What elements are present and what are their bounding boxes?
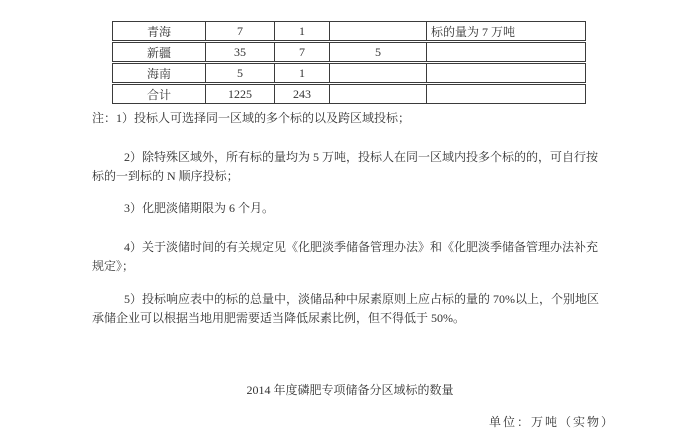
table-cell-value: 1 <box>275 63 330 83</box>
table-row: 海南 5 1 <box>112 63 586 83</box>
table-cell-value <box>330 84 427 104</box>
document-page: 青海 7 1 标的量为 7 万吨 新疆 35 7 5 海南 5 1 <box>0 0 700 435</box>
region-quota-table: 青海 7 1 标的量为 7 万吨 新疆 35 7 5 海南 5 1 <box>112 20 586 105</box>
table-row: 新疆 35 7 5 <box>112 42 586 62</box>
note-line: 承储企业可以根据当地用肥需要适当降低尿素比例，但不得低于 50%。 <box>92 309 622 328</box>
table-cell-region: 合计 <box>112 84 206 104</box>
table-cell-value <box>330 63 427 83</box>
table-row-total: 合计 1225 243 <box>112 84 586 104</box>
table-row: 青海 7 1 标的量为 7 万吨 <box>112 21 586 41</box>
table-cell-remark: 标的量为 7 万吨 <box>427 21 586 41</box>
note-line: 标的一到标的 N 顺序投标； <box>92 167 622 186</box>
note-line: 2）除特殊区域外，所有标的量均为 5 万吨，投标人在同一区域内投多个标的的，可自… <box>92 148 622 167</box>
table-cell-value: 5 <box>206 63 275 83</box>
doc-title: 2014 年度磷肥专项储备分区域标的数量 <box>0 381 700 398</box>
table-cell-value: 5 <box>330 42 427 62</box>
table-cell-value: 7 <box>206 21 275 41</box>
unit-label: 单位：万吨（实物） <box>489 413 615 430</box>
note-line: 5）投标响应表中的标的总量中，淡储品种中尿素原则上应占标的量的 70%以上，个别… <box>92 290 622 309</box>
note-paragraph-3: 3）化肥淡储期限为 6 个月。 <box>92 199 622 218</box>
table-cell-value: 243 <box>275 84 330 104</box>
note-paragraph-2: 2）除特殊区域外，所有标的量均为 5 万吨，投标人在同一区域内投多个标的的，可自… <box>92 148 622 186</box>
table-cell-remark <box>427 84 586 104</box>
table-cell-value: 1225 <box>206 84 275 104</box>
note-paragraph-1: 注：1）投标人可选择同一区域的多个标的以及跨区域投标； <box>92 109 622 128</box>
table-cell-value: 35 <box>206 42 275 62</box>
note-line: 注：1）投标人可选择同一区域的多个标的以及跨区域投标； <box>92 109 622 128</box>
table-cell-remark <box>427 42 586 62</box>
note-line: 4）关于淡储时间的有关规定见《化肥淡季储备管理办法》和《化肥淡季储备管理办法补充 <box>92 238 622 257</box>
note-paragraph-4: 4）关于淡储时间的有关规定见《化肥淡季储备管理办法》和《化肥淡季储备管理办法补充… <box>92 238 622 276</box>
note-line: 规定》； <box>92 257 622 276</box>
table-cell-value: 1 <box>275 21 330 41</box>
table-cell-region: 青海 <box>112 21 206 41</box>
table-cell-region: 海南 <box>112 63 206 83</box>
table-cell-value <box>330 21 427 41</box>
table-cell-remark <box>427 63 586 83</box>
note-paragraph-5: 5）投标响应表中的标的总量中，淡储品种中尿素原则上应占标的量的 70%以上，个别… <box>92 290 622 328</box>
note-line: 3）化肥淡储期限为 6 个月。 <box>92 199 622 218</box>
table-cell-region: 新疆 <box>112 42 206 62</box>
table-cell-value: 7 <box>275 42 330 62</box>
